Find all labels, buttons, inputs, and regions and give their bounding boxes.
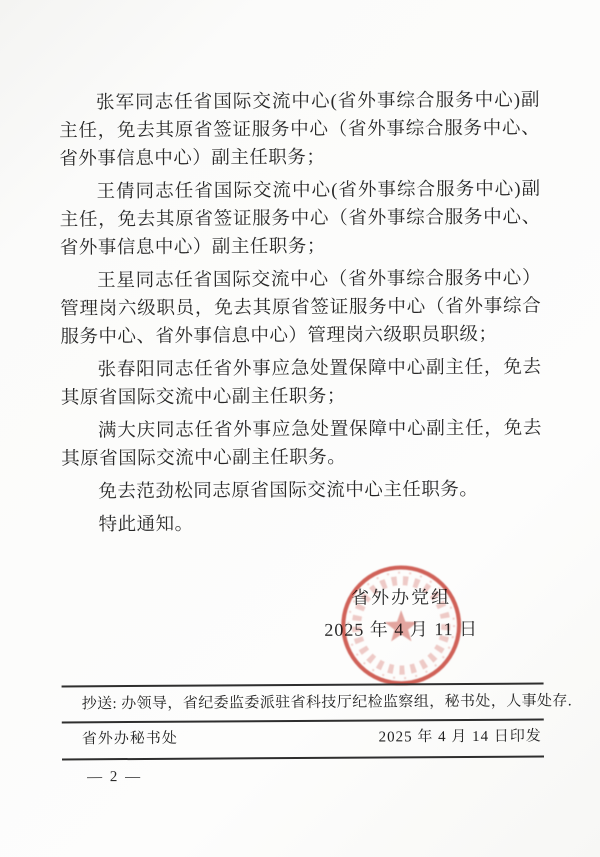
signature-date: 2025 年 4 月 11 日: [294, 616, 508, 643]
body-paragraph: 张军同志任省国际交流中心(省外事综合服务中心)副主任，免去其原省签证服务中心（省…: [59, 87, 541, 174]
page-number: — 2 —: [87, 767, 544, 787]
body-paragraph: 免去范劲松同志原省国际交流中心主任职务。: [61, 476, 542, 507]
print-date: 2025 年 4 月 14 日印发: [379, 728, 542, 748]
body-text-block: 张军同志任省国际交流中心(省外事综合服务中心)副主任，免去其原省签证服务中心（省…: [59, 87, 543, 545]
document-footer: 抄送: 办领导，省纪委监委派驻省科技厅纪检监察组，秘书处，人事处存. 省外办秘书…: [62, 683, 545, 787]
signature-block: 省外办党组 2025 年 4 月 11 日: [294, 584, 508, 643]
body-paragraph: 特此通知。: [62, 509, 543, 540]
document-page: 张军同志任省国际交流中心(省外事综合服务中心)副主任，免去其原省签证服务中心（省…: [0, 0, 600, 857]
body-paragraph: 张春阳同志任省外事应急处置保障中心副主任，免去其原省国际交流中心副主任职务；: [61, 354, 542, 413]
scan-content: 张军同志任省国际交流中心(省外事综合服务中心)副主任，免去其原省签证服务中心（省…: [0, 0, 600, 857]
body-paragraph: 满大庆同志任省外事应急处置保障中心副主任，免去其原省国际交流中心副主任职务。: [61, 415, 542, 474]
body-paragraph: 王星同志任省国际交流中心（省外事综合服务中心）管理岗六级职员，免去其原省签证服务…: [60, 265, 542, 352]
signature-org: 省外办党组: [294, 584, 508, 611]
body-paragraph: 王倩同志任省国际交流中心(省外事综合服务中心)副主任，免去其原省签证服务中心（省…: [59, 176, 541, 263]
issuer-name: 省外办秘书处: [82, 730, 178, 750]
cc-line: 抄送: 办领导，省纪委监委派驻省科技厅纪检监察组，秘书处，人事处存.: [62, 685, 544, 722]
issuer-row: 省外办秘书处 2025 年 4 月 14 日印发: [62, 721, 544, 759]
